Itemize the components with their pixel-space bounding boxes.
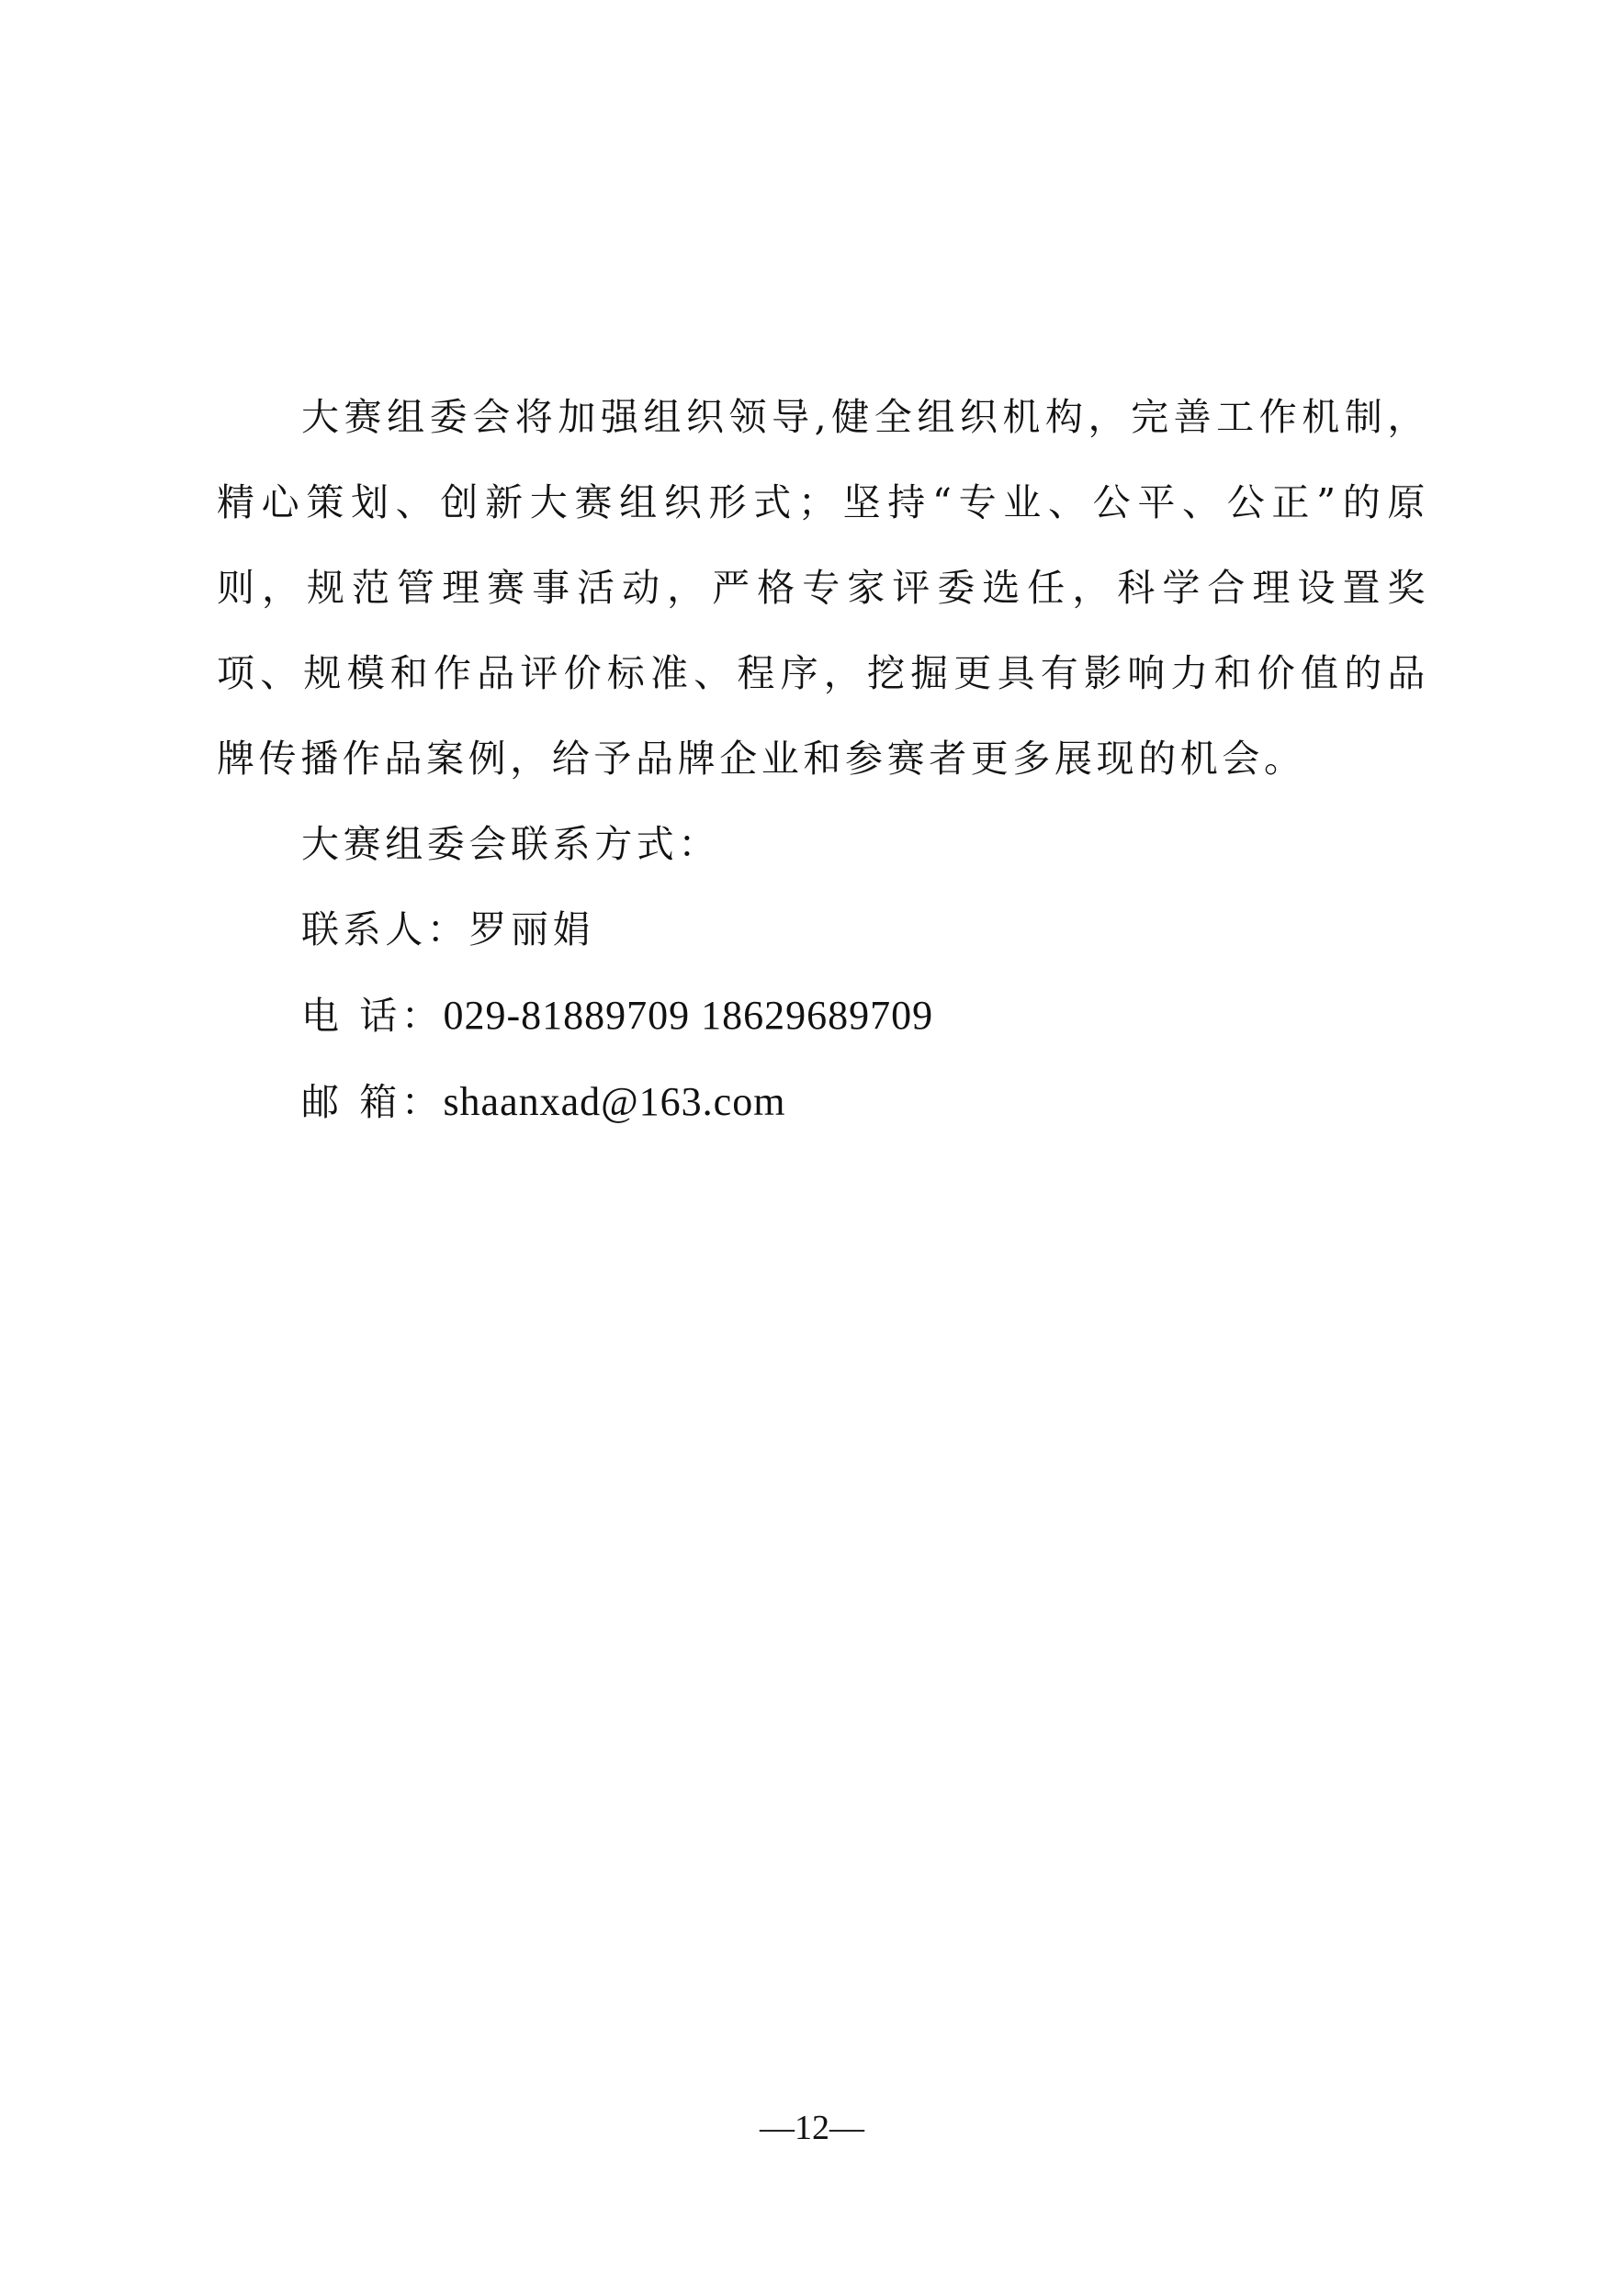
contact-person-value: 罗丽娟 — [468, 907, 594, 951]
contact-phone-label: 电 话： — [301, 994, 443, 1038]
document-page: 大赛组委会将加强组织领导,健全组织机构，完善工作机制，精心策划、创新大赛组织形式… — [0, 0, 1624, 2296]
paragraph-organization: 大赛组委会将加强组织领导,健全组织机构，完善工作机制，精心策划、创新大赛组织形式… — [217, 375, 1429, 802]
contact-phone-value: 029-81889709 18629689709 — [443, 993, 933, 1038]
contact-heading: 大赛组委会联系方式： — [217, 802, 1429, 887]
contact-phone-line: 电 话：029-81889709 18629689709 — [217, 973, 1429, 1059]
contact-person-line: 联系人：罗丽娟 — [217, 887, 1429, 973]
contact-email-value: shaanxad@163.com — [443, 1079, 785, 1124]
contact-email-label: 邮 箱： — [301, 1080, 443, 1124]
document-body: 大赛组委会将加强组织领导,健全组织机构，完善工作机制，精心策划、创新大赛组织形式… — [217, 375, 1429, 1145]
page-number: —12— — [0, 2108, 1624, 2148]
contact-person-label: 联系人： — [301, 907, 468, 951]
contact-email-line: 邮 箱：shaanxad@163.com — [217, 1059, 1429, 1145]
